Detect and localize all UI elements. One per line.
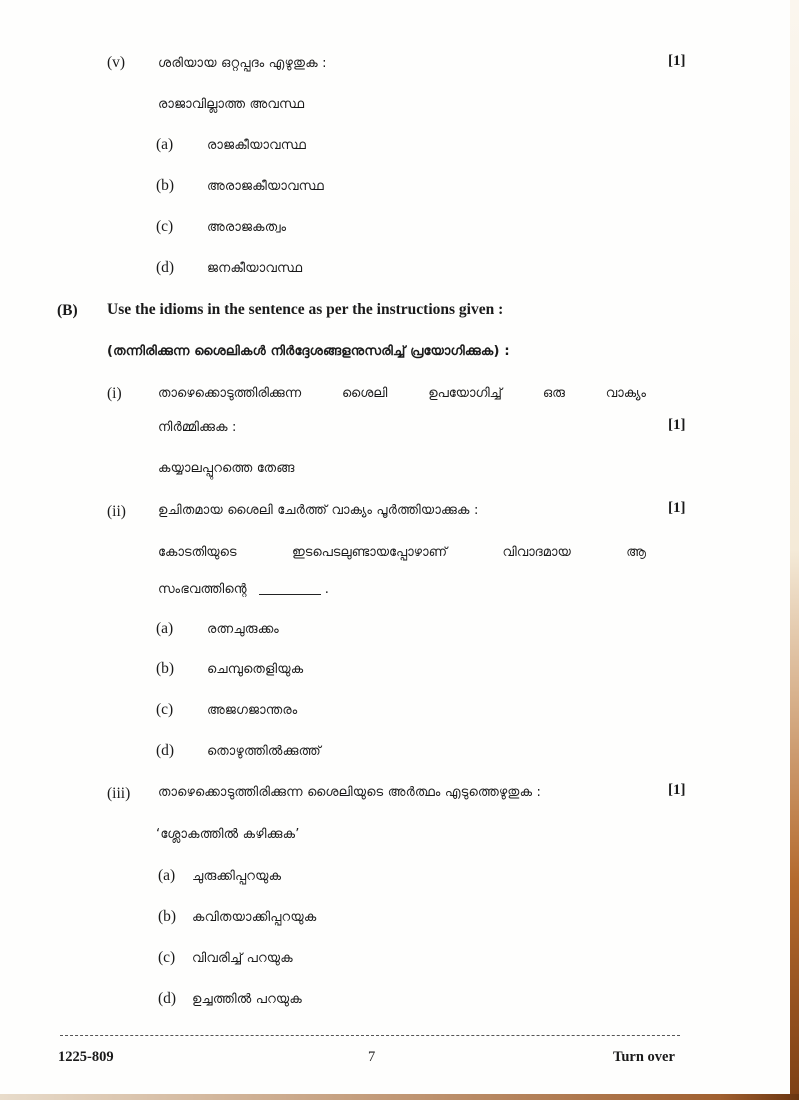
option-text: തൊഴുത്തിൽക്കുത്ത് xyxy=(207,742,321,762)
page-edge-shadow xyxy=(790,0,799,1100)
option-label: (b) xyxy=(156,176,174,196)
option-text: കവിതയാക്കിപ്പറയുക xyxy=(192,908,316,928)
option-text: ഉച്ചത്തിൽ പറയുക xyxy=(192,990,302,1010)
option-label: (c) xyxy=(158,948,175,968)
footer-divider xyxy=(60,1035,680,1036)
question-i-number: (i) xyxy=(107,384,122,404)
exam-page: (v) ശരിയായ ഒറ്റപ്പദം എഴുതുക : [1] രാജാവി… xyxy=(0,0,790,1094)
option-label: (a) xyxy=(156,135,173,155)
option-text: ചുരുക്കിപ്പറയുക xyxy=(192,867,281,887)
option-text: രത്നചുരുക്കം xyxy=(207,620,279,640)
sentence-end: . xyxy=(325,582,329,597)
question-iii-idiom: ‘ശ്ലോകത്തിൽ കഴിക്കുക’ xyxy=(156,825,300,845)
question-v-prompt: ശരിയായ ഒറ്റപ്പദം എഴുതുക : xyxy=(158,54,327,74)
prompt-word: ശൈലി xyxy=(342,384,387,404)
question-v-marks: [1] xyxy=(668,51,686,71)
turn-over-note: Turn over xyxy=(613,1047,675,1067)
option-label: (b) xyxy=(158,907,176,927)
question-v-number: (v) xyxy=(107,53,125,73)
option-label: (d) xyxy=(156,741,174,761)
table-surface xyxy=(0,1094,799,1100)
section-b-subheading: (തന്നിരിക്കുന്ന ശൈലികൾ നിർദ്ദേശങ്ങളനുസരി… xyxy=(107,342,510,362)
question-ii-sentence-line2: സംഭവത്തിന്റെ. xyxy=(158,580,329,600)
footer-code: 1225-809 xyxy=(58,1047,114,1067)
option-label: (d) xyxy=(156,258,174,278)
prompt-word: വാക്യം xyxy=(606,384,646,404)
sentence-word: ഇടപെടലുണ്ടായപ്പോഴാണ് xyxy=(292,543,447,563)
option-text: വിവരിച്ച് പറയുക xyxy=(192,949,293,969)
option-label: (a) xyxy=(156,619,173,639)
sentence-word: സംഭവത്തിന്റെ xyxy=(158,582,247,597)
section-b-label: (B) xyxy=(57,301,78,321)
question-ii-marks: [1] xyxy=(668,498,686,518)
prompt-word: താഴെക്കൊടുത്തിരിക്കുന്ന xyxy=(158,384,301,404)
option-label: (c) xyxy=(156,217,173,237)
question-iii-marks: [1] xyxy=(668,780,686,800)
prompt-word: ഉപയോഗിച്ച് xyxy=(428,384,502,404)
option-text: അരാജകത്വം xyxy=(207,218,286,238)
question-i-idiom: കയ്യാലപ്പുറത്തെ തേങ്ങ xyxy=(158,459,295,479)
sentence-word: കോടതിയുടെ xyxy=(158,543,237,563)
question-i-prompt-line1: താഴെക്കൊടുത്തിരിക്കുന്ന ശൈലി ഉപയോഗിച്ച് … xyxy=(158,384,646,404)
sentence-word: ആ xyxy=(626,543,646,563)
option-text: അജഗജാന്തരം xyxy=(207,701,297,721)
question-i-prompt-line2: നിർമ്മിക്കുക : xyxy=(158,418,237,438)
option-label: (b) xyxy=(156,659,174,679)
page-number: 7 xyxy=(368,1047,375,1067)
question-v-phrase: രാജാവില്ലാത്ത അവസ്ഥ xyxy=(158,95,304,115)
question-ii-prompt: ഉചിതമായ ശൈലി ചേർത്ത് വാക്യം പൂർത്തിയാക്ക… xyxy=(158,501,479,521)
question-i-marks: [1] xyxy=(668,415,686,435)
question-iii-number: (iii) xyxy=(107,784,130,804)
sentence-word: വിവാദമായ xyxy=(502,543,570,563)
option-label: (c) xyxy=(156,700,173,720)
question-ii-number: (ii) xyxy=(107,502,126,522)
question-ii-sentence-line1: കോടതിയുടെ ഇടപെടലുണ്ടായപ്പോഴാണ് വിവാദമായ … xyxy=(158,543,646,563)
option-text: രാജകീയാവസ്ഥ xyxy=(207,136,306,156)
option-text: അരാജകീയാവസ്ഥ xyxy=(207,177,324,197)
option-text: ജനകീയാവസ്ഥ xyxy=(207,259,302,279)
section-b-heading: Use the idioms in the sentence as per th… xyxy=(107,300,503,320)
option-label: (d) xyxy=(158,989,176,1009)
answer-blank xyxy=(259,594,321,595)
option-text: ചെമ്പുതെളിയുക xyxy=(207,660,303,680)
question-iii-prompt: താഴെക്കൊടുത്തിരിക്കുന്ന ശൈലിയുടെ അർത്ഥം … xyxy=(158,783,541,803)
option-label: (a) xyxy=(158,866,175,886)
prompt-word: ഒരു xyxy=(543,384,565,404)
